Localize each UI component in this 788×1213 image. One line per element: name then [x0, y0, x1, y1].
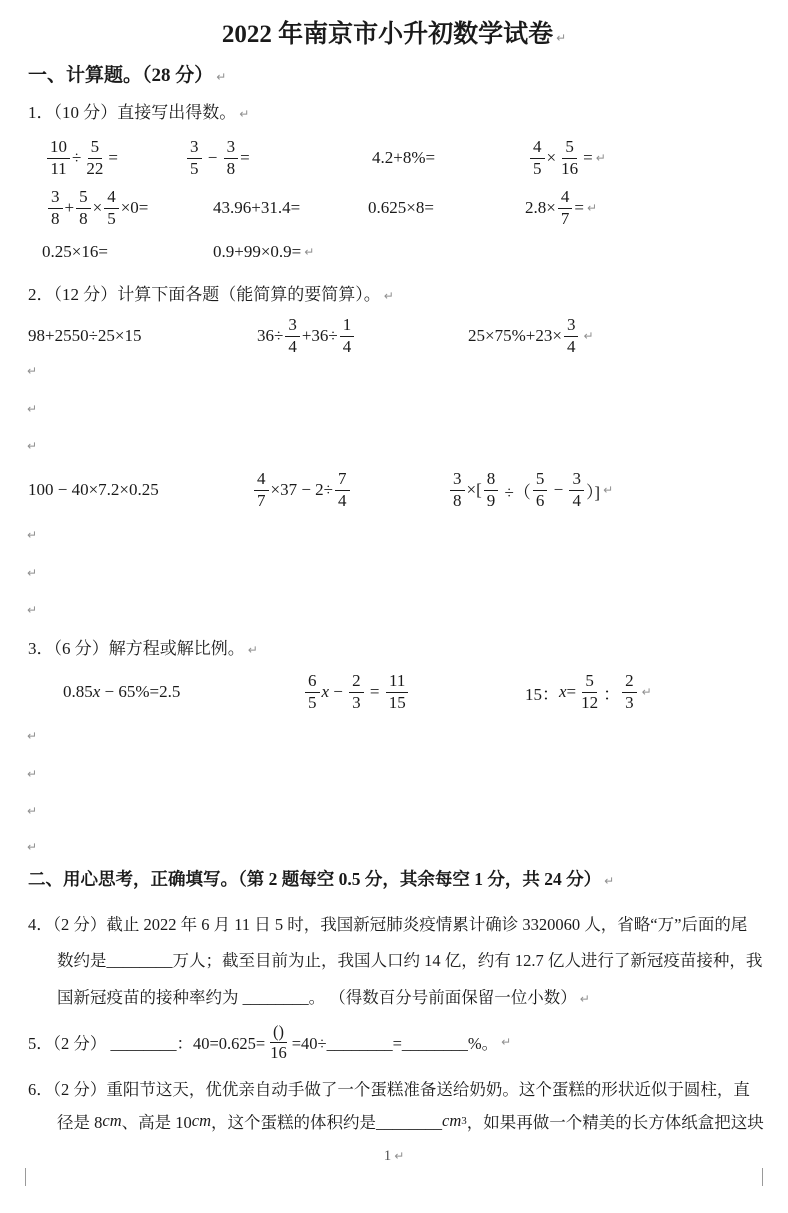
fraction-denominator: 5	[104, 209, 119, 228]
math-text: ×	[93, 198, 103, 218]
paragraph-mark-icon: ↵	[556, 31, 566, 45]
paragraph-mark-icon: ↵	[27, 566, 37, 580]
paragraph-mark-icon: ↵	[27, 603, 37, 617]
math-expression: 径是 8cm、高是 10cm，这个蛋糕的体积约是________cm3，如果再做…	[57, 1109, 764, 1133]
fraction-numerator: 2	[349, 672, 364, 692]
fraction-denominator: 9	[484, 491, 499, 510]
fraction-denominator: 11	[47, 159, 69, 178]
fraction-numerator: 5	[562, 138, 577, 158]
question-4-line1: 4．（2 分）截止 2022 年 6 月 11 日 5 时，我国新冠肺炎疫情累计…	[28, 911, 747, 935]
math-expression-q2-r2-c3: 38×[89 ÷（56 − 34）]↵	[448, 464, 613, 516]
math-text: 25×75%+23×	[468, 326, 562, 346]
fraction-numerator: 10	[47, 138, 70, 158]
math-expression-q1-r1-c1: 1011÷522=	[45, 134, 118, 182]
fraction: 38	[224, 138, 239, 178]
paragraph-mark-icon: ↵	[583, 329, 593, 343]
math-text: ÷（	[500, 478, 531, 503]
math-text: ）]	[586, 478, 600, 503]
fraction: 47	[254, 470, 269, 510]
question-5-line: 5．（2 分） ________：40=0.625=()16=40÷______…	[28, 1018, 511, 1066]
fraction-numerator: 4	[104, 188, 119, 208]
math-expression: 5．（2 分） ________：40=0.625=()16=40÷______…	[28, 1023, 498, 1062]
page-number: 1	[384, 1148, 392, 1164]
math-text: ×	[547, 148, 557, 168]
fraction: 522	[83, 138, 106, 178]
math-text: 0.625×8=	[368, 198, 434, 218]
math-variable: x	[322, 682, 330, 702]
math-text: ，这个蛋糕的体积约是________	[211, 1109, 442, 1133]
math-expression-q1-r2-c4: 2.8×47=↵	[525, 184, 597, 232]
math-text: ÷	[72, 148, 81, 168]
fraction-numerator: 5	[76, 188, 91, 208]
math-text: 径是 8	[57, 1109, 102, 1133]
fraction-denominator: 16	[558, 159, 581, 178]
math-expression: 0.625×8=	[368, 198, 434, 218]
section-one-heading: 一、计算题。（28 分）↵	[28, 60, 226, 87]
page-number-line: 1↵	[0, 1148, 788, 1165]
math-text: 98+2550÷25×15	[28, 326, 142, 346]
fraction-denominator: 4	[285, 337, 300, 356]
fraction: 45	[104, 188, 119, 228]
fraction-numerator: 6	[305, 672, 320, 692]
math-text: =	[366, 682, 384, 702]
fraction-numerator: 4	[530, 138, 545, 158]
fraction-denominator: 12	[578, 693, 601, 712]
fraction-numerator: 5	[582, 672, 597, 692]
paragraph-mark-icon: ↵	[27, 402, 37, 416]
fraction-denominator: 3	[622, 693, 637, 712]
fraction-denominator: 16	[267, 1043, 290, 1062]
paragraph-mark-icon: ↵	[239, 107, 249, 121]
math-variable: cm	[192, 1111, 211, 1131]
fraction-numerator: 5	[88, 138, 103, 158]
fraction-numerator: 7	[335, 470, 350, 490]
fraction-denominator: 8	[224, 159, 239, 178]
page-border-mark-right	[762, 1168, 763, 1186]
fraction-numerator: 1	[340, 316, 355, 336]
fraction: 38	[48, 188, 63, 228]
math-expression: 15：x=512：23	[525, 672, 639, 712]
math-text: − 65%=2.5	[100, 682, 180, 702]
fraction: 38	[450, 470, 465, 510]
fraction-numerator: 3	[48, 188, 63, 208]
math-expression: 25×75%+23×34	[468, 316, 580, 356]
math-expression-q3-c1: 0.85x − 65%=2.5	[63, 668, 180, 716]
math-expression-q1-r3-c1: 0.25×16=	[42, 240, 108, 264]
math-text: 36÷	[257, 326, 283, 346]
math-text: −	[329, 682, 347, 702]
fraction: 45	[530, 138, 545, 178]
math-expression-q1-r2-c3: 0.625×8=	[368, 184, 434, 232]
question-3-label-line: 3．（6 分）解方程或解比例。↵	[28, 634, 258, 659]
fraction-numerator: 4	[254, 470, 269, 490]
question-2-label: 2．（12 分）计算下面各题（能简算的要简算）。	[28, 285, 381, 304]
fraction-denominator: 15	[386, 693, 409, 712]
math-expression-q1-r2-c2: 43.96+31.4=	[213, 184, 300, 232]
math-expression: 36÷34+36÷14	[257, 316, 356, 356]
section-two-heading: 二、用心思考，正确填写。（第 2 题每空 0.5 分，其余每空 1 分，共 24…	[28, 866, 614, 891]
math-expression: 43.96+31.4=	[213, 198, 300, 218]
page-title: 2022 年南京市小升初数学试卷	[222, 21, 553, 48]
math-text: 15：	[525, 680, 559, 705]
fraction: ()16	[267, 1023, 290, 1062]
paragraph-mark-icon: ↵	[596, 151, 606, 165]
fraction-numerator: 3	[569, 470, 584, 490]
question-4-line3: 国新冠疫苗的接种率约为 ________。 （得数百分号前面保留一位小数）	[57, 988, 577, 1007]
paragraph-mark-icon: ↵	[304, 245, 314, 259]
paragraph-mark-icon: ↵	[384, 289, 394, 303]
paragraph-mark-icon: ↵	[27, 767, 37, 781]
math-text: 4.2+8%=	[372, 148, 435, 168]
math-expression: 0.9+99×0.9=	[213, 242, 301, 262]
math-text: +	[65, 198, 75, 218]
fraction-denominator: 22	[83, 159, 106, 178]
math-expression: 98+2550÷25×15	[28, 326, 142, 346]
fraction-numerator: 2	[622, 672, 637, 692]
math-text: ：	[603, 680, 620, 705]
math-expression-q1-r1-c2: 35 − 38=	[185, 134, 250, 182]
math-text: =	[574, 198, 584, 218]
math-expression: 45×516=	[528, 138, 593, 178]
fraction-denominator: 5	[305, 693, 320, 712]
fraction: 47	[558, 188, 573, 228]
math-expression-q2-r1-c1: 98+2550÷25×15	[28, 310, 142, 362]
math-text: ×0=	[121, 198, 149, 218]
math-variable: cm	[102, 1111, 121, 1131]
math-text: 43.96+31.4=	[213, 198, 300, 218]
fraction: 58	[76, 188, 91, 228]
math-text: 0.85	[63, 682, 93, 702]
fraction: 23	[622, 672, 637, 712]
fraction-denominator: 4	[564, 337, 579, 356]
fraction: 23	[349, 672, 364, 712]
fraction-denominator: 4	[340, 337, 355, 356]
fraction-numerator: 3	[285, 316, 300, 336]
fraction-numerator: 3	[564, 316, 579, 336]
fraction-numerator: 3	[450, 470, 465, 490]
math-expression-q2-r2-c1: 100 − 40×7.2×0.25	[28, 464, 159, 516]
fraction: 65	[305, 672, 320, 712]
fraction-denominator: 8	[76, 209, 91, 228]
question-6-line1: 6．（2 分）重阳节这天，优优亲自动手做了一个蛋糕准备送给奶奶。这个蛋糕的形状近…	[28, 1076, 750, 1100]
math-text: 5．（2 分） ________：40=0.625=	[28, 1030, 265, 1054]
paragraph-mark-icon: ↵	[501, 1035, 511, 1049]
math-expression: 1011÷522=	[45, 138, 118, 178]
fraction-denominator: 4	[569, 491, 584, 510]
fraction-numerator: 3	[187, 138, 202, 158]
math-expression: 0.85x − 65%=2.5	[63, 682, 180, 702]
math-text: =	[108, 148, 118, 168]
question-1-label: 1．（10 分）直接写出得数。	[28, 103, 236, 122]
fraction: 89	[484, 470, 499, 510]
math-text: =40÷________=________%。	[292, 1030, 498, 1054]
math-expression-q1-r1-c4: 45×516=↵	[528, 134, 606, 182]
math-expression: 4.2+8%=	[372, 148, 435, 168]
paragraph-mark-icon: ↵	[216, 70, 226, 84]
math-text: 0.9+99×0.9=	[213, 242, 301, 262]
math-expression: 38+58×45×0=	[46, 188, 148, 228]
exam-paper-page: 2022 年南京市小升初数学试卷↵ 一、计算题。（28 分）↵ 1．（10 分）…	[0, 0, 788, 1213]
math-expression-q3-c2: 65x − 23 = 1115	[303, 668, 411, 716]
math-text: ×37 − 2÷	[271, 480, 334, 500]
math-text: −	[549, 480, 567, 500]
fraction-denominator: 4	[335, 491, 350, 510]
fraction-denominator: 8	[450, 491, 465, 510]
fraction: 1011	[47, 138, 70, 178]
math-expression-q2-r2-c2: 47×37 − 2÷74	[252, 464, 352, 516]
fraction: 56	[533, 470, 548, 510]
paragraph-mark-icon: ↵	[603, 483, 613, 497]
fraction: 34	[285, 316, 300, 356]
math-expression-q3-c3: 15：x=512：23↵	[525, 668, 652, 716]
section-one-heading-text: 一、计算题。（28 分）	[28, 65, 213, 86]
math-text: ×[	[467, 480, 482, 500]
paragraph-mark-icon: ↵	[27, 804, 37, 818]
math-expression: 2.8×47=	[525, 188, 584, 228]
math-expression-q1-r3-c2: 0.9+99×0.9=↵	[213, 240, 314, 264]
math-expression: 0.25×16=	[42, 242, 108, 262]
fraction: 74	[335, 470, 350, 510]
paragraph-mark-icon: ↵	[587, 201, 597, 215]
math-expression-q1-r2-c1: 38+58×45×0=	[46, 184, 148, 232]
fraction-numerator: ()	[270, 1023, 287, 1043]
fraction: 1115	[386, 672, 409, 712]
fraction: 34	[564, 316, 579, 356]
fraction-denominator: 8	[48, 209, 63, 228]
fraction: 14	[340, 316, 355, 356]
math-expression: 100 − 40×7.2×0.25	[28, 480, 159, 500]
math-text: 2.8×	[525, 198, 556, 218]
fraction-numerator: 4	[558, 188, 573, 208]
fraction-numerator: 11	[386, 672, 408, 692]
paragraph-mark-icon: ↵	[642, 685, 652, 699]
math-variable: cm	[442, 1111, 461, 1131]
fraction-denominator: 3	[349, 693, 364, 712]
math-expression: 35 − 38=	[185, 138, 250, 178]
math-text: =	[240, 148, 250, 168]
math-expression: 65x − 23 = 1115	[303, 672, 411, 712]
paragraph-mark-icon: ↵	[394, 1149, 404, 1163]
math-text: ，如果再做一个精美的长方体纸盒把这块	[467, 1109, 764, 1133]
math-expression: 47×37 − 2÷74	[252, 470, 352, 510]
math-text: 、高是 10	[122, 1109, 192, 1133]
math-text: =	[567, 682, 577, 702]
math-text: =	[583, 148, 593, 168]
paragraph-mark-icon: ↵	[27, 528, 37, 542]
math-expression-q2-r1-c3: 25×75%+23×34↵	[468, 310, 594, 362]
title-line: 2022 年南京市小升初数学试卷↵	[0, 14, 788, 50]
page-border-mark-left	[25, 1168, 26, 1186]
question-6-line2: 径是 8cm、高是 10cm，这个蛋糕的体积约是________cm3，如果再做…	[57, 1108, 764, 1134]
fraction: 516	[558, 138, 581, 178]
paragraph-mark-icon: ↵	[27, 439, 37, 453]
math-expression-q2-r1-c2: 36÷34+36÷14	[257, 310, 356, 362]
fraction-denominator: 5	[187, 159, 202, 178]
fraction-numerator: 3	[224, 138, 239, 158]
math-text: 100 − 40×7.2×0.25	[28, 480, 159, 500]
math-text: 0.25×16=	[42, 242, 108, 262]
fraction-numerator: 5	[533, 470, 548, 490]
fraction: 512	[578, 672, 601, 712]
math-expression: 38×[89 ÷（56 − 34）]	[448, 470, 600, 510]
math-expression-q1-r1-c3: 4.2+8%=	[372, 134, 435, 182]
question-2-label-line: 2．（12 分）计算下面各题（能简算的要简算）。↵	[28, 280, 394, 305]
fraction: 34	[569, 470, 584, 510]
paragraph-mark-icon: ↵	[580, 992, 590, 1006]
section-two-heading-text: 二、用心思考，正确填写。（第 2 题每空 0.5 分，其余每空 1 分，共 24…	[28, 869, 601, 889]
question-4-line3-wrap: 国新冠疫苗的接种率约为 ________。 （得数百分号前面保留一位小数）↵	[57, 984, 590, 1008]
paragraph-mark-icon: ↵	[248, 643, 258, 657]
math-variable: x	[559, 682, 567, 702]
math-text: −	[204, 148, 222, 168]
fraction-denominator: 7	[254, 491, 269, 510]
fraction: 35	[187, 138, 202, 178]
fraction-denominator: 5	[530, 159, 545, 178]
fraction-denominator: 7	[558, 209, 573, 228]
fraction-numerator: 8	[484, 470, 499, 490]
math-text: +36÷	[302, 326, 338, 346]
question-3-label: 3．（6 分）解方程或解比例。	[28, 639, 245, 658]
paragraph-mark-icon: ↵	[27, 840, 37, 854]
paragraph-mark-icon: ↵	[27, 729, 37, 743]
paragraph-mark-icon: ↵	[27, 364, 37, 378]
fraction-denominator: 6	[533, 491, 548, 510]
question-1-label-line: 1．（10 分）直接写出得数。↵	[28, 98, 249, 123]
math-variable: x	[93, 682, 101, 702]
question-4-line2: 数约是________万人；截至目前为止，我国人口约 14 亿，约有 12.7 …	[57, 947, 762, 971]
paragraph-mark-icon: ↵	[604, 874, 614, 888]
